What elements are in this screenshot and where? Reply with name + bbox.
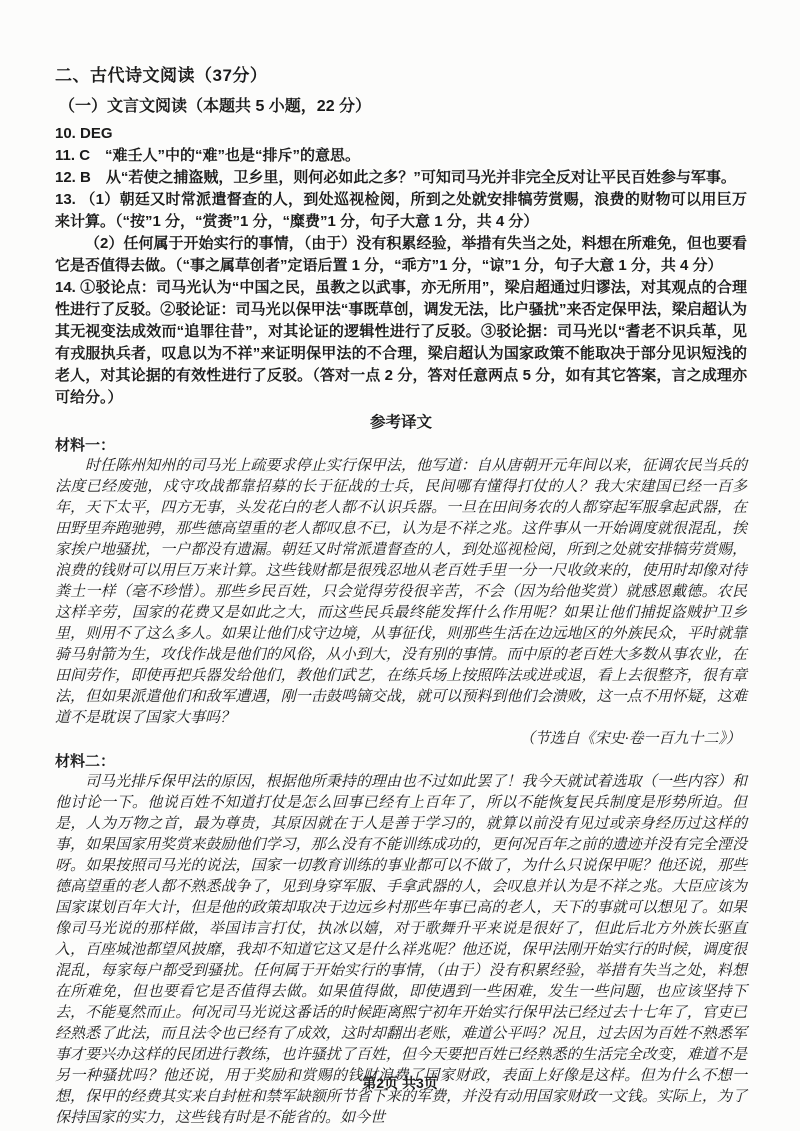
page-number-footer: 第2页 共3页 (0, 1073, 800, 1093)
material-2-label: 材料二： (55, 751, 747, 772)
answer-q13-part1: 13. （1）朝廷又时常派遣督查的人，到处巡视检阅，所到之处就安排犒劳赏赐，浪费… (55, 189, 747, 233)
subsection-title: （一）文言文阅读（本题共 5 小题，22 分） (59, 95, 747, 119)
answer-q11: 11. C “难壬人”中的“难”也是“排斥”的意思。 (55, 145, 747, 167)
answer-q13-part2: （2）任何属于开始实行的事情，（由于）没有积累经验，举措有失当之处，料想在所难免… (55, 233, 747, 277)
exam-answer-page: 二、古代诗文阅读（37分） （一）文言文阅读（本题共 5 小题，22 分） 10… (0, 0, 800, 1131)
material-1-label: 材料一： (55, 435, 747, 456)
material-1-text: 时任陈州知州的司马光上疏要求停止实行保甲法，他写道：自从唐朝开元年间以来，征调农… (55, 456, 747, 729)
answer-section: 二、古代诗文阅读（37分） （一）文言文阅读（本题共 5 小题，22 分） 10… (55, 64, 747, 409)
reference-translation-heading: 参考译文 (55, 411, 747, 434)
section-title: 二、古代诗文阅读（37分） (55, 64, 747, 88)
answer-q14: 14. ①驳论点：司马光认为“中国之民，虽教之以武事，亦无所用”，梁启超通过归谬… (55, 277, 747, 409)
answer-q12: 12. B 从“若使之捕盗贼，卫乡里，则何必如此之多？”可知司马光并非完全反对让… (55, 167, 747, 189)
material-1-source-citation: （节选自《宋史·卷一百九十二》） (55, 729, 747, 750)
answer-q10: 10. DEG (55, 123, 747, 145)
